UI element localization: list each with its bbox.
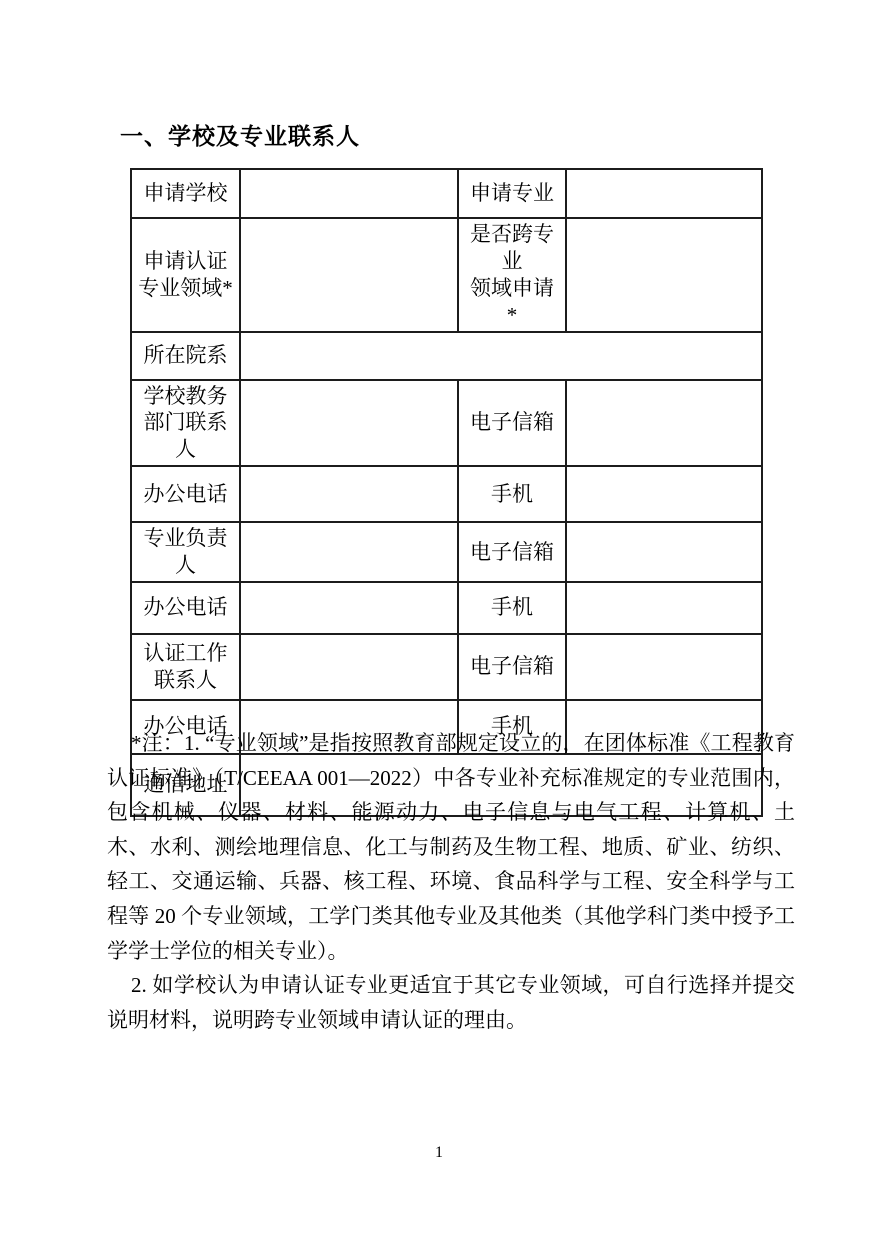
contact-info-table: 申请学校 申请专业 申请认证 专业领域* 是否跨专业 领域申请* 所在院系 学校… [130, 168, 763, 817]
accreditation-contact-input[interactable] [240, 634, 458, 700]
applicant-major-label: 申请专业 [458, 169, 566, 218]
program-head-mobile-label: 手机 [458, 582, 566, 634]
table-row: 办公电话 手机 [131, 466, 762, 522]
footnote: *注：1. “专业领域”是指按照教育部规定设立的，在团体标准《工程教育认证标准》… [107, 726, 795, 1037]
program-head-input[interactable] [240, 522, 458, 582]
table-row: 认证工作 联系人 电子信箱 [131, 634, 762, 700]
accreditation-contact-label: 认证工作 联系人 [131, 634, 240, 700]
academic-affairs-email-input[interactable] [566, 380, 762, 467]
accreditation-field-label: 申请认证 专业领域* [131, 218, 240, 332]
cross-field-application-input[interactable] [566, 218, 762, 332]
program-head-email-input[interactable] [566, 522, 762, 582]
cross-field-application-label: 是否跨专业 领域申请* [458, 218, 566, 332]
program-head-mobile-input[interactable] [566, 582, 762, 634]
applicant-school-input[interactable] [240, 169, 458, 218]
program-head-email-label: 电子信箱 [458, 522, 566, 582]
note-paragraph-2: 2. 如学校认为申请认证专业更适宜于其它专业领域，可自行选择并提交说明材料，说明… [107, 968, 795, 1037]
academic-affairs-mobile-input[interactable] [566, 466, 762, 522]
section-title: 一、学校及专业联系人 [120, 118, 360, 151]
document-page: 一、学校及专业联系人 申请学校 申请专业 申请认证 专业领域* 是否跨专业 领域… [0, 0, 878, 1244]
table-row: 申请认证 专业领域* 是否跨专业 领域申请* [131, 218, 762, 332]
academic-affairs-contact-label: 学校教务 部门联系人 [131, 380, 240, 467]
program-head-office-phone-input[interactable] [240, 582, 458, 634]
academic-affairs-office-phone-label: 办公电话 [131, 466, 240, 522]
academic-affairs-office-phone-input[interactable] [240, 466, 458, 522]
page-number: 1 [0, 1144, 878, 1162]
accreditation-field-input[interactable] [240, 218, 458, 332]
applicant-school-label: 申请学校 [131, 169, 240, 218]
department-input[interactable] [240, 332, 762, 380]
department-label: 所在院系 [131, 332, 240, 380]
program-head-label: 专业负责人 [131, 522, 240, 582]
academic-affairs-mobile-label: 手机 [458, 466, 566, 522]
table-row: 学校教务 部门联系人 电子信箱 [131, 380, 762, 467]
applicant-major-input[interactable] [566, 169, 762, 218]
table-row: 专业负责人 电子信箱 [131, 522, 762, 582]
note-paragraph-1: *注：1. “专业领域”是指按照教育部规定设立的，在团体标准《工程教育认证标准》… [107, 726, 795, 968]
academic-affairs-contact-input[interactable] [240, 380, 458, 467]
accreditation-contact-email-input[interactable] [566, 634, 762, 700]
academic-affairs-email-label: 电子信箱 [458, 380, 566, 467]
table-row: 办公电话 手机 [131, 582, 762, 634]
accreditation-contact-email-label: 电子信箱 [458, 634, 566, 700]
table-row: 所在院系 [131, 332, 762, 380]
program-head-office-phone-label: 办公电话 [131, 582, 240, 634]
table-row: 申请学校 申请专业 [131, 169, 762, 218]
